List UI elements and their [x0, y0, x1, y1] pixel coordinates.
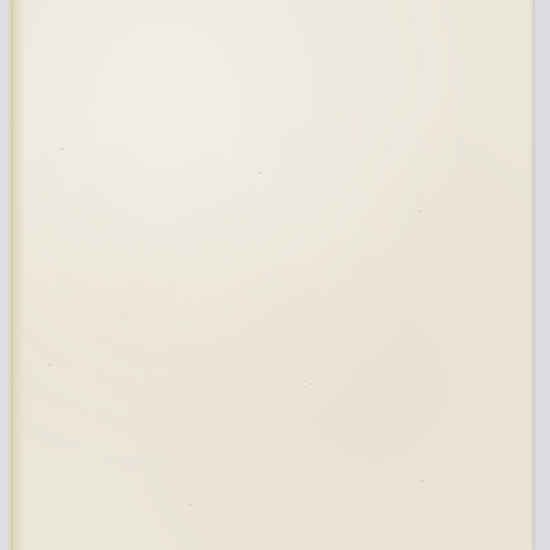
paper-speck [189, 504, 191, 506]
paper-speck [419, 210, 421, 212]
binding-edge [9, 0, 25, 550]
paper-speck [61, 148, 63, 150]
blank-paper-page [9, 0, 533, 550]
paper-speck [49, 364, 51, 366]
paper-speck [421, 480, 423, 482]
binding-line [12, 0, 13, 550]
page-right-edge [530, 0, 533, 550]
scan-background [0, 0, 550, 550]
paper-speck [259, 172, 261, 174]
paper-speck [309, 383, 311, 385]
